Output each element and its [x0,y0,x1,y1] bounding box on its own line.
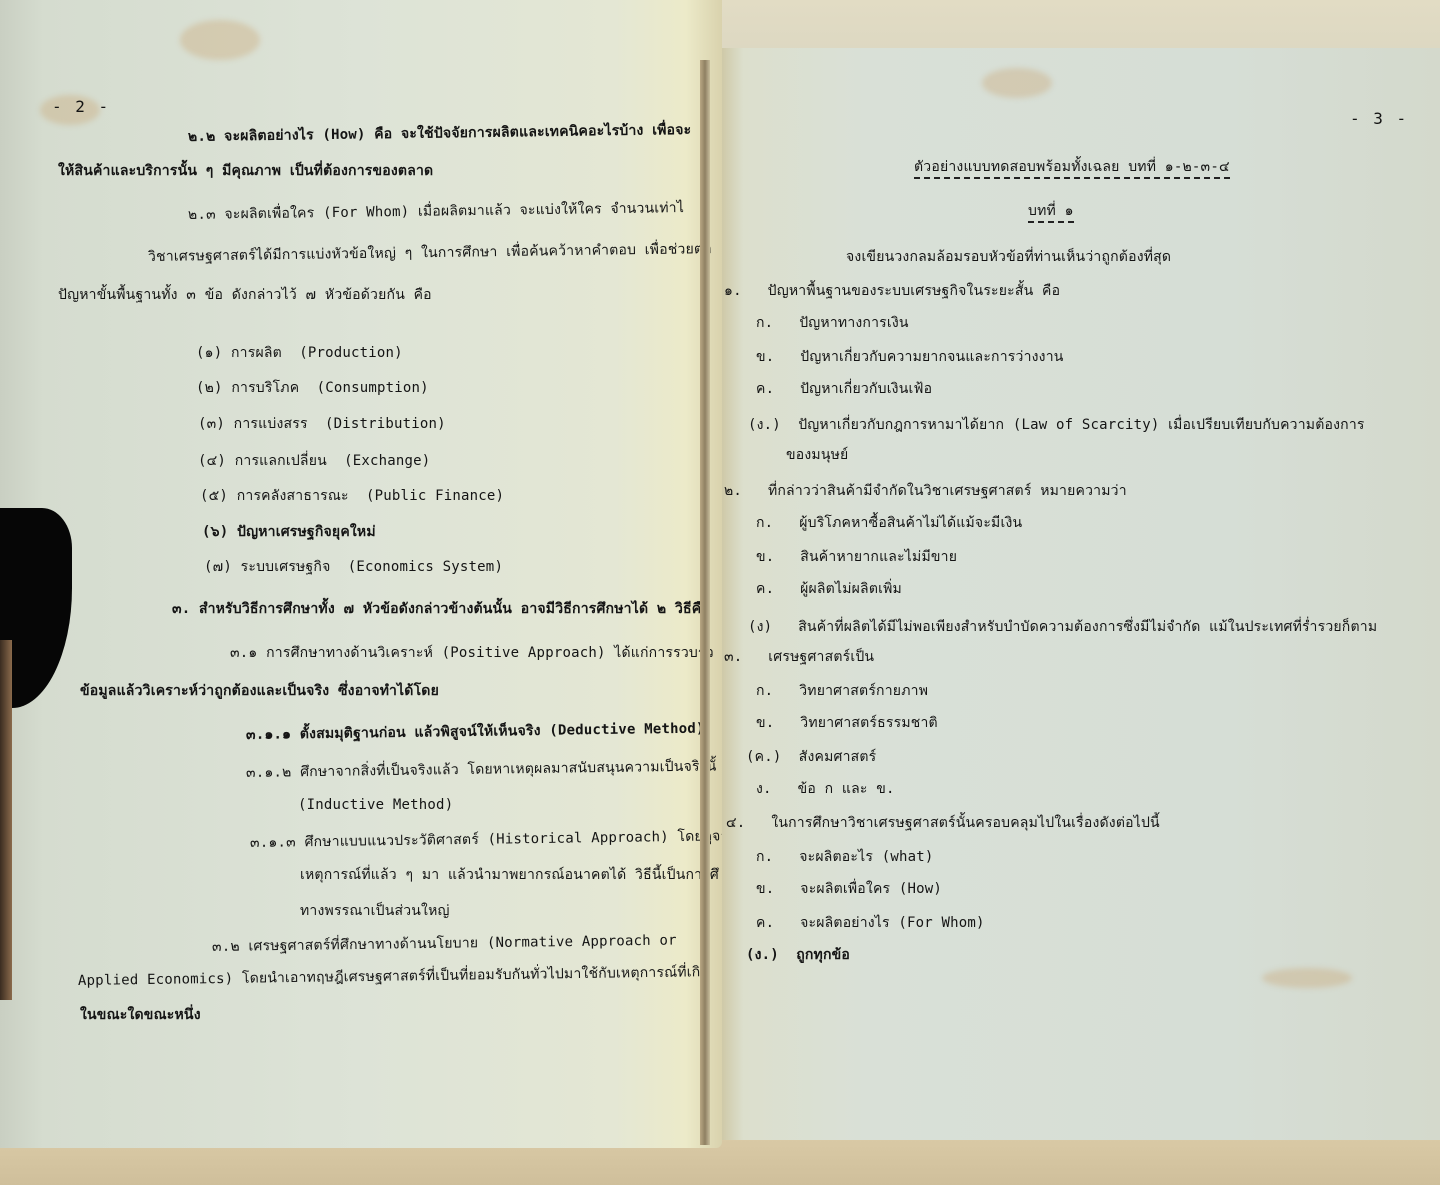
question-text: เศรษฐศาสตร์เป็น [768,649,874,665]
background-top [700,0,1440,48]
question-number: ๒. [724,483,742,499]
stain [982,68,1052,98]
choice: ค. ปัญหาเกี่ยวกับเงินเฟ้อ [756,380,932,398]
topic-english: (Exchange) [344,453,430,469]
choice-label: ข. [756,549,774,565]
question-number: ๓. [724,649,742,665]
topic-thai: การคลังสาธารณะ [237,488,349,504]
choice-label: ข. [756,881,774,897]
topic-number: (๓) [198,416,225,432]
text-line: ในขณะใดขณะหนึ่ง [80,1006,201,1024]
question: ๓. เศรษฐศาสตร์เป็น [724,648,874,666]
instruction: จงเขียนวงกลมล้อมรอบหัวข้อที่ท่านเห็นว่าถ… [846,248,1171,266]
page-number: - 2 - [52,98,110,116]
choice-text: จะผลิตอย่างไร (For Whom) [800,915,985,931]
choice-continuation: ของมนุษย์ [786,446,848,464]
choice-answer: (ค.) สังคมศาสตร์ [746,748,876,766]
topic-item: (๒) การบริโภค (Consumption) [196,379,429,397]
question-text: ที่กล่าวว่าสินค้ามีจำกัดในวิชาเศรษฐศาสตร… [768,483,1127,499]
choice-text: ผู้บริโภคหาซื้อสินค้าไม่ได้แม้จะมีเงิน [799,515,1022,531]
topic-thai: การแลกเปลี่ยน [235,453,327,469]
choice-text: สังคมศาสตร์ [799,749,877,765]
question: ๑. ปัญหาพื้นฐานของระบบเศรษฐกิจในระยะสั้น… [724,282,1060,300]
choice-label: ค. [756,915,774,931]
book-spine [700,60,710,1145]
text-line: ๓.๑.๒ ศึกษาจากสิ่งที่เป็นจริงแล้ว โดยหาเ… [246,757,717,782]
question-text: ในการศึกษาวิชาเศรษฐศาสตร์นั้นครอบคลุมไปใ… [771,815,1160,831]
topic-number: (๕) [200,488,228,504]
text-line: วิชาเศรษฐศาสตร์ได้มีการแบ่งหัวข้อใหญ่ ๆ … [148,240,712,266]
choice: ข. ปัญหาเกี่ยวกับความยากจนและการว่างงาน [756,348,1064,366]
chapter-heading: บทที่ ๑ [1028,202,1074,220]
choice-text: วิทยาศาสตร์กายภาพ [799,683,928,699]
text-line: ปัญหาขั้นพื้นฐานทั้ง ๓ ข้อ ดังกล่าวไว้ ๗… [58,286,432,304]
page-number: - 3 - [1350,110,1408,128]
topic-english: (Distribution) [325,416,446,432]
choice-label: ง. [756,781,772,797]
text-line: ๒.๓ จะผลิตเพื่อใคร (For Whom) เมื่อผลิตม… [188,199,684,224]
text-line: Applied Economics) โดยนำเอาทฤษฎีเศรษฐศาส… [78,963,710,990]
text-line: ๓.๒ เศรษฐศาสตร์ที่ศึกษาทางด้านนโยบาย (No… [212,932,677,956]
topic-number: (๒) [196,380,223,396]
choice-label: ค. [756,381,774,397]
choice-label: (ง.) [748,417,781,433]
topic-thai: การผลิต [231,345,282,361]
choice-text: จะผลิตอะไร (what) [799,849,933,865]
topic-thai: การแบ่งสรร [234,416,308,432]
choice-text: ข้อ ก และ ข. [798,781,895,797]
choice-text: ปัญหาเกี่ยวกับกฎการหามาได้ยาก (Law of Sc… [798,417,1364,433]
choice-label: ข. [756,349,774,365]
choice: ง. ข้อ ก และ ข. [756,780,895,798]
topic-item: (๖) ปัญหาเศรษฐกิจยุคใหม่ [202,523,376,541]
question-number: ๑. [724,283,742,299]
choice-label: ก. [756,849,773,865]
text-line: ๒.๒ จะผลิตอย่างไร (How) คือ จะใช้ปัจจัยก… [188,121,692,146]
choice-label: ก. [756,315,773,331]
topic-number: (๖) [202,524,228,540]
choice-answer: (ง) สินค้าที่ผลิตได้มีไม่พอเพียงสำหรับบำ… [748,618,1377,636]
text-line: ข้อมูลแล้ววิเคราะห์ว่าถูกต้องและเป็นจริง… [80,682,439,700]
topic-english: (Public Finance) [366,488,504,504]
topic-item: (๗) ระบบเศรษฐกิจ (Economics System) [204,558,503,576]
choice-label: (ง.) [746,947,779,963]
choice: ข. สินค้าหายากและไม่มีขาย [756,548,957,566]
text-line: ให้สินค้าและบริการนั้น ๆ มีคุณภาพ เป็นที… [58,162,433,180]
left-page: - 2 - ๒.๒ จะผลิตอย่างไร (How) คือ จะใช้ป… [0,0,722,1148]
topic-item: (๓) การแบ่งสรร (Distribution) [198,415,446,433]
choice-text: สินค้าหายากและไม่มีขาย [800,549,957,565]
choice-answer: (ง.) ถูกทุกข้อ [746,946,850,964]
topic-number: (๗) [204,559,232,575]
text-line: (Inductive Method) [298,796,453,814]
choice-label: ก. [756,683,773,699]
topic-english: (Consumption) [317,380,429,396]
choice-label: (ค.) [746,749,781,765]
choice-text: สินค้าที่ผลิตได้มีไม่พอเพียงสำหรับบำบัดค… [798,619,1377,635]
question: ๔. ในการศึกษาวิชาเศรษฐศาสตร์นั้นครอบคลุม… [726,814,1160,832]
choice: ก. จะผลิตอะไร (what) [756,848,934,866]
question: ๒. ที่กล่าวว่าสินค้ามีจำกัดในวิชาเศรษฐศา… [724,482,1127,500]
text-line: ๓. สำหรับวิธีการศึกษาทั้ง ๗ หัวข้อดังกล่… [172,600,710,618]
topic-thai: การบริโภค [231,380,299,396]
choice-text: ปัญหาเกี่ยวกับเงินเฟ้อ [800,381,932,397]
choice-text: ปัญหาทางการเงิน [799,315,908,331]
choice: ข. จะผลิตเพื่อใคร (How) [756,880,942,898]
choice: ก. วิทยาศาสตร์กายภาพ [756,682,928,700]
topic-item: (๑) การผลิต (Production) [196,344,403,362]
choice-text: ปัญหาเกี่ยวกับความยากจนและการว่างงาน [800,349,1063,365]
choice: ข. วิทยาศาสตร์ธรรมชาติ [756,714,938,732]
topic-item: (๕) การคลังสาธารณะ (Public Finance) [200,487,504,505]
choice: ก. ผู้บริโภคหาซื้อสินค้าไม่ได้แม้จะมีเงิ… [756,514,1022,532]
choice-label: ก. [756,515,773,531]
choice: ค. ผู้ผลิตไม่ผลิตเพิ่ม [756,580,902,598]
choice: ค. จะผลิตอย่างไร (For Whom) [756,914,985,932]
text-line: ๓.๑.๓ ศึกษาแบบแนวประวัติศาสตร์ (Historic… [250,827,729,852]
question-number: ๔. [726,815,745,831]
topic-english: (Economics System) [348,559,503,575]
choice-answer: (ง.) ปัญหาเกี่ยวกับกฎการหามาได้ยาก (Law … [748,416,1365,434]
question-text: ปัญหาพื้นฐานของระบบเศรษฐกิจในระยะสั้น คื… [768,283,1061,299]
choice-text: จะผลิตเพื่อใคร (How) [800,881,942,897]
stain [180,20,260,60]
choice-text: วิทยาศาสตร์ธรรมชาติ [800,715,938,731]
choice-text: ผู้ผลิตไม่ผลิตเพิ่ม [800,581,902,597]
topic-item: (๔) การแลกเปลี่ยน (Exchange) [198,452,430,470]
edge-shadow [0,640,12,1000]
stain [1262,968,1352,988]
right-page: - 3 - ตัวอย่างแบบทดสอบพร้อมทั้งเฉลย บทที… [722,48,1440,1140]
topic-english: (Production) [299,345,403,361]
choice-label: ค. [756,581,774,597]
choice: ก. ปัญหาทางการเงิน [756,314,909,332]
quiz-title: ตัวอย่างแบบทดสอบพร้อมทั้งเฉลย บทที่ ๑-๒-… [914,158,1230,176]
topic-thai: ระบบเศรษฐกิจ [241,559,331,575]
choice-label: ข. [756,715,774,731]
choice-label: (ง) [748,619,772,635]
text-line: ทางพรรณาเป็นส่วนใหญ่ [300,902,450,920]
topic-number: (๔) [198,453,226,469]
text-line: ๓.๑ การศึกษาทางด้านวิเคราะห์ (Positive A… [230,644,714,662]
chapter-heading-text: บทที่ ๑ [1028,203,1074,223]
text-line: ๓.๑.๑ ตั้งสมมุติฐานก่อน แล้วพิสูจน์ให้เห… [246,720,705,744]
text-line: เหตุการณ์ที่แล้ว ๆ มา แล้วนำมาพยากรณ์อนา… [300,866,719,884]
topic-thai: ปัญหาเศรษฐกิจยุคใหม่ [237,524,376,540]
choice-text: ถูกทุกข้อ [796,947,850,963]
topic-number: (๑) [196,345,222,361]
quiz-title-text: ตัวอย่างแบบทดสอบพร้อมทั้งเฉลย บทที่ ๑-๒-… [914,159,1230,179]
